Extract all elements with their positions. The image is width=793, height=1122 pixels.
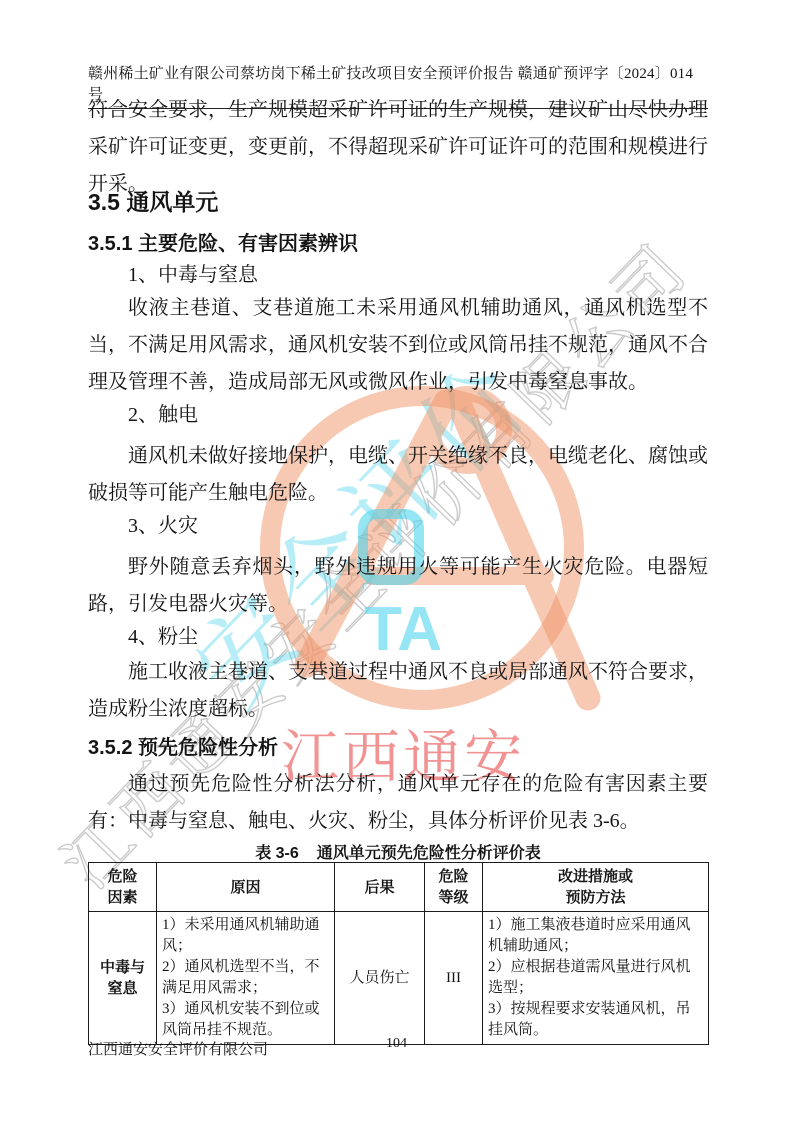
hazard-item-title: 4、粉尘	[88, 623, 708, 651]
section-heading-3-5: 3.5 通风单元	[88, 184, 708, 217]
header-cell-measures: 改进措施或 预防方法	[483, 863, 709, 912]
table-row: 中毒与 窒息 1）未采用通风机辅助通风； 2）通风机选型不当，不满足用风需求； …	[89, 912, 709, 1045]
document-page: { "page": { "header_line": "赣州稀土矿业有限公司蔡坊…	[0, 0, 793, 1122]
table-header-row: 危险 因素 原因 后果 危险 等级 改进措施或 预防方法	[89, 863, 709, 912]
factor-line: 中毒与	[94, 957, 151, 978]
table-caption-label: 表 3-6	[255, 845, 299, 862]
risk-level-cell: III	[425, 912, 483, 1045]
header-line: 预防方法	[488, 887, 703, 908]
subsection-heading-3-5-2: 3.5.2 预先危险性分析	[88, 731, 708, 760]
header-line: 原因	[162, 877, 329, 898]
hazard-item-body: 施工收液主巷道、支巷道过程中通风不良或局部通风不符合要求，造成粉尘浓度超标。	[88, 654, 708, 728]
pha-table: 危险 因素 原因 后果 危险 等级 改进措施或 预防方法	[88, 862, 709, 1045]
hazard-item-title: 1、中毒与窒息	[88, 261, 708, 289]
table-caption: 表 3-6通风单元预先危险性分析评价表	[88, 840, 708, 863]
content-layer: 赣州稀土矿业有限公司蔡坊岗下稀土矿技改项目安全预评价报告 赣通矿预评字〔2024…	[0, 0, 793, 1122]
header-cell-cause: 原因	[157, 863, 335, 912]
header-line: 因素	[94, 887, 151, 908]
header-line: 危险	[430, 866, 477, 887]
hazard-item-body: 收液主巷道、支巷道施工未采用通风机辅助通风，通风机选型不当，不满足用风需求，通风…	[88, 290, 708, 401]
measure-item: 1）施工集液巷道时应采用通风机辅助通风；	[488, 915, 703, 957]
hazard-item-body: 通风机未做好接地保护，电缆、开关绝缘不良，电缆老化、腐蚀或破损等可能产生触电危险…	[88, 438, 708, 512]
header-cell-consequence: 后果	[335, 863, 425, 912]
subsection-heading-3-5-1: 3.5.1 主要危险、有害因素辨识	[88, 227, 708, 256]
cause-item: 2）通风机选型不当，不满足用风需求；	[162, 957, 329, 999]
header-line: 等级	[430, 887, 477, 908]
page-number: 104	[0, 1036, 793, 1052]
header-cell-risk-level: 危险 等级	[425, 863, 483, 912]
measure-item: 2）应根据巷道需风量进行风机选型；	[488, 957, 703, 999]
measures-cell: 1）施工集液巷道时应采用通风机辅助通风； 2）应根据巷道需风量进行风机选型； 3…	[483, 912, 709, 1045]
cause-item: 3）通风机安装不到位或风筒吊挂不规范。	[162, 999, 329, 1041]
table-caption-title: 通风单元预先危险性分析评价表	[317, 845, 541, 862]
hazard-item-title: 3、火灾	[88, 512, 708, 540]
factor-line: 窒息	[94, 978, 151, 999]
factor-cell: 中毒与 窒息	[89, 912, 157, 1045]
header-line: 改进措施或	[488, 866, 703, 887]
cause-item: 1）未采用通风机辅助通风；	[162, 915, 329, 957]
consequence-cell: 人员伤亡	[335, 912, 425, 1045]
header-line: 危险	[94, 866, 151, 887]
hazard-item-body: 野外随意丢弃烟头，野外违规用火等可能产生火灾危险。电器短路，引发电器火灾等。	[88, 549, 708, 623]
measure-item: 3）按规程要求安装通风机，吊挂风筒。	[488, 999, 703, 1041]
pha-paragraph: 通过预先危险性分析法分析，通风单元存在的危险有害因素主要有：中毒与窒息、触电、火…	[88, 766, 708, 840]
header-line: 后果	[340, 877, 419, 898]
causes-cell: 1）未采用通风机辅助通风； 2）通风机选型不当，不满足用风需求； 3）通风机安装…	[157, 912, 335, 1045]
hazard-item-title: 2、触电	[88, 401, 708, 429]
header-cell-factor: 危险 因素	[89, 863, 157, 912]
